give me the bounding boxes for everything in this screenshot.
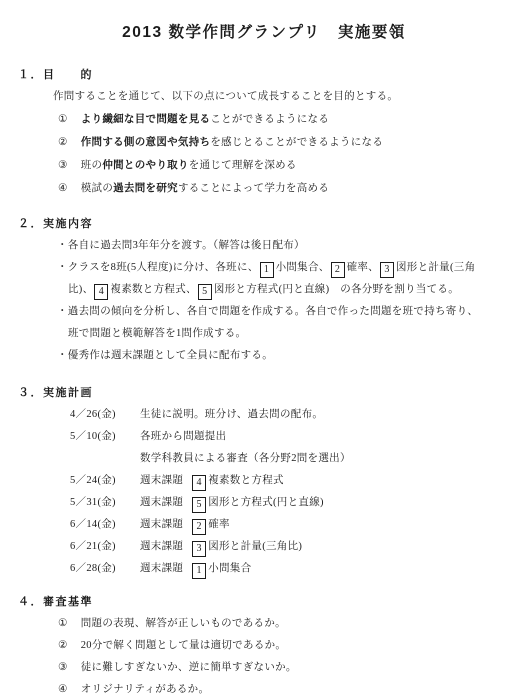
- purpose-item: ②作問する側の意図や気持ちを感じとることができるようになる: [58, 131, 486, 154]
- topic-number-box: 2: [331, 262, 345, 278]
- purpose-item-rest: ことができるようになる: [210, 114, 329, 125]
- schedule-topic: 複素数と方程式: [208, 475, 284, 486]
- schedule-row: 6／28(金)週末課題1小問集合: [70, 558, 486, 580]
- schedule-row: 4／26(金)生徒に説明。班分け、過去問の配布。: [70, 404, 486, 426]
- section-criteria-heading: ４．審査基準: [18, 591, 486, 613]
- topic-number-box: 3: [380, 262, 394, 278]
- schedule-topic: 確率: [208, 519, 230, 530]
- criteria-item: ①問題の表現、解答が正しいものであるか。: [58, 613, 486, 635]
- document-page: 2013 数学作問グランプリ 実施要領 １．目 的 作問することを通じて、以下の…: [0, 0, 528, 700]
- schedule-task-label: 週末課題: [140, 563, 183, 574]
- circled-number: ①: [58, 618, 68, 629]
- implementation-bullet: ・クラスを8班(5人程度)に分け、各班に、1小問集合、2確率、3図形と計量(三角…: [57, 257, 486, 301]
- purpose-item-rest: を通じて理解を深める: [189, 160, 297, 171]
- topic-number-box: 4: [192, 475, 206, 491]
- topic-number-box: 4: [94, 284, 108, 300]
- circled-number: ①: [58, 114, 68, 125]
- topic-text: 図形と方程式(円と直線) の各分野を割り当てる。: [214, 284, 459, 295]
- criteria-item: ③徒に難しすぎないか、逆に簡単すぎないか。: [58, 657, 486, 679]
- schedule-topic: 図形と計量(三角比): [208, 541, 302, 552]
- circled-number: ②: [58, 137, 68, 148]
- schedule-text: 各班から問題提出: [140, 431, 226, 442]
- schedule-date: 5／31(金): [70, 492, 140, 514]
- purpose-item: ③班の仲間とのやり取りを通じて理解を深める: [58, 154, 486, 177]
- schedule-date: 6／14(金): [70, 514, 140, 536]
- schedule-date: 4／26(金): [70, 404, 140, 426]
- schedule-row: 5／10(金)各班から問題提出: [70, 426, 486, 448]
- schedule-row: 5／24(金)週末課題4複素数と方程式: [70, 470, 486, 492]
- criteria-item-text: 徒に難しすぎないか、逆に簡単すぎないか。: [81, 662, 297, 673]
- purpose-item-rest: することによって学力を高める: [178, 183, 329, 194]
- purpose-item: ④模試の過去問を研究することによって学力を高める: [58, 177, 486, 200]
- criteria-item: ②20分で解く問題として量は適切であるか。: [58, 635, 486, 657]
- topic-number-box: 5: [192, 497, 206, 513]
- document-title: 2013 数学作問グランプリ 実施要領: [18, 22, 510, 44]
- circled-number: ③: [58, 662, 68, 673]
- topic-number-box: 5: [198, 284, 212, 300]
- purpose-item-emphasis: より繊細な目で問題を見る: [81, 113, 211, 125]
- schedule-task-label: 週末課題: [140, 497, 183, 508]
- schedule-topic: 小問集合: [208, 563, 251, 574]
- purpose-item-emphasis: 仲間とのやり取り: [102, 159, 188, 171]
- circled-number: ④: [58, 684, 68, 695]
- section-implementation-heading: ２．実施内容: [18, 213, 486, 235]
- circled-number: ④: [58, 183, 68, 194]
- topic-number-box: 1: [260, 262, 274, 278]
- topic-number-box: 1: [192, 563, 206, 579]
- purpose-item-emphasis: 作問する側の意図や気持ち: [81, 136, 211, 148]
- circled-number: ②: [58, 640, 68, 651]
- topic-text: 確率、: [347, 262, 379, 273]
- schedule-row: 6／21(金)週末課題3図形と計量(三角比): [70, 536, 486, 558]
- schedule-task-label: 週末課題: [140, 519, 183, 530]
- schedule-row: 数学科教員による審査（各分野2問を選出）: [70, 448, 486, 470]
- implementation-bullet: ・過去問の傾向を分析し、各自で問題を作成する。各自で作った問題を班で持ち寄り、班…: [57, 301, 486, 345]
- topic-text: 小問集合、: [276, 262, 330, 273]
- schedule-row: 6／14(金)週末課題2確率: [70, 514, 486, 536]
- purpose-intro: 作問することを通じて、以下の点について成長することを目的とする。: [53, 86, 486, 108]
- topic-number-box: 2: [192, 519, 206, 535]
- criteria-item: ④オリジナリティがあるか。: [58, 679, 486, 700]
- topic-text: 複素数と方程式、: [110, 284, 196, 295]
- schedule-task-label: 週末課題: [140, 541, 183, 552]
- schedule-date: 5／24(金): [70, 470, 140, 492]
- section-purpose-heading: １．目 的: [18, 64, 486, 86]
- purpose-item-pre: 班の: [81, 160, 103, 171]
- bullet-lead: ・クラスを8班(5人程度)に分け、各班に、: [57, 262, 259, 273]
- implementation-bullet: ・優秀作は週末課題として全員に配布する。: [57, 345, 486, 367]
- schedule-date: 6／28(金): [70, 558, 140, 580]
- purpose-item: ①より繊細な目で問題を見ることができるようになる: [58, 108, 486, 131]
- purpose-item-emphasis: 過去問を研究: [113, 182, 178, 194]
- criteria-item-text: 問題の表現、解答が正しいものであるか。: [81, 618, 286, 629]
- schedule-text: 生徒に説明。班分け、過去問の配布。: [140, 409, 323, 420]
- schedule-topic: 図形と方程式(円と直線): [208, 497, 324, 508]
- schedule-text: 数学科教員による審査（各分野2問を選出）: [140, 453, 351, 464]
- topic-number-box: 3: [192, 541, 206, 557]
- section-schedule-heading: ３．実施計画: [18, 382, 486, 404]
- circled-number: ③: [58, 160, 68, 171]
- purpose-item-rest: を感じとることができるようになる: [210, 137, 383, 148]
- purpose-item-pre: 模試の: [81, 183, 113, 194]
- implementation-bullet: ・各自に過去問3年年分を渡す。（解答は後日配布）: [57, 235, 486, 257]
- schedule-date: 5／10(金): [70, 426, 140, 448]
- schedule-task-label: 週末課題: [140, 475, 183, 486]
- schedule-date: 6／21(金): [70, 536, 140, 558]
- schedule-row: 5／31(金)週末課題5図形と方程式(円と直線): [70, 492, 486, 514]
- criteria-item-text: 20分で解く問題として量は適切であるか。: [81, 640, 287, 651]
- criteria-item-text: オリジナリティがあるか。: [81, 684, 210, 695]
